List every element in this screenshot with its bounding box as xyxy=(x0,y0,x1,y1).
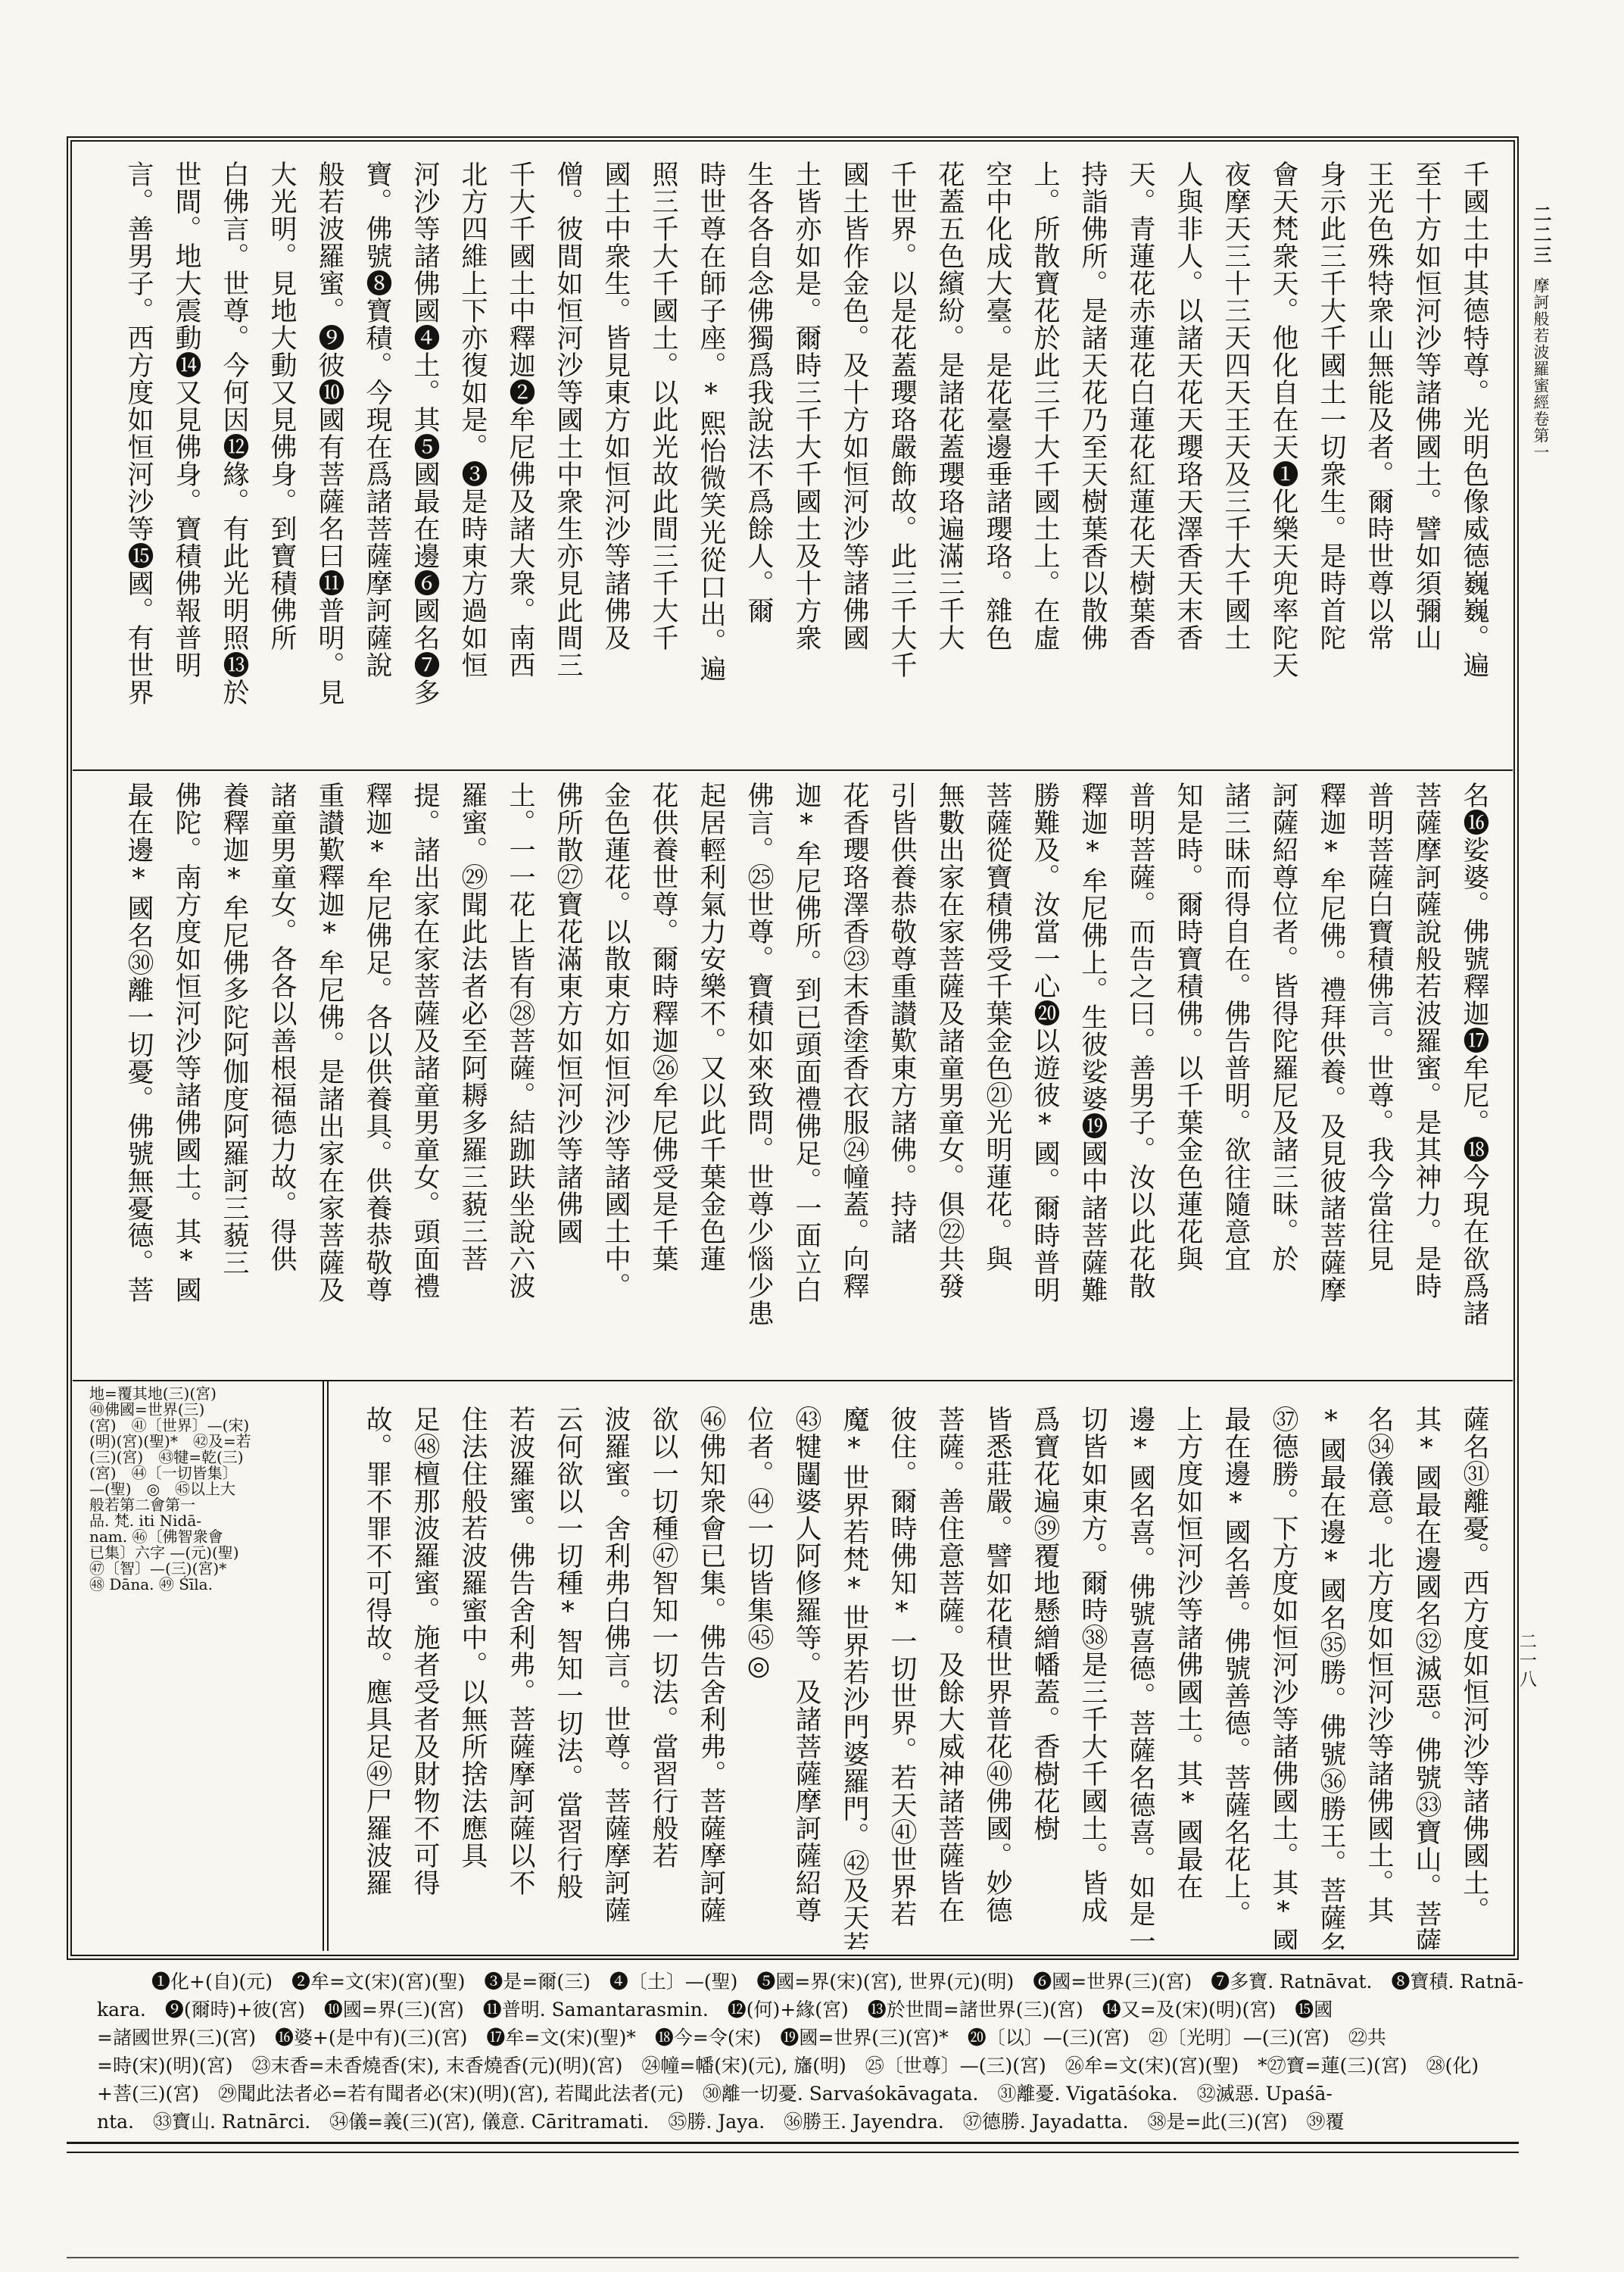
text-column: 波羅蜜。舍利弗白佛言。世尊。菩薩摩訶薩 xyxy=(591,1406,639,1949)
text-column: 菩薩。善住意菩薩。及餘大威神諸菩薩皆在 xyxy=(925,1406,973,1949)
text-column: 諸童男童女。各各以善根福德力故。得供 xyxy=(257,782,305,1374)
footnote-bottom-rule-2 xyxy=(67,2152,1519,2153)
text-column: 花香瓔珞澤香㉓末香塗香衣服㉔幢蓋。向釋 xyxy=(830,782,877,1374)
text-column: *國最在邊*國名㉟勝。佛號㊱勝王。菩薩名 xyxy=(1307,1406,1354,1949)
apparatus-note-line: ㊵佛國=世界(三) xyxy=(89,1402,318,1418)
apparatus-note-line: (明)(宮)(聖)* ㊷及=若 xyxy=(89,1434,318,1450)
text-column: 千世界。以是花蓋瓔珞嚴飾故。此三千大千 xyxy=(877,161,925,763)
text-column: 羅蜜。㉙聞此法者必至阿耨多羅三藐三菩 xyxy=(448,782,496,1374)
scanned-sutra-page: 千國土中其德特尊。光明色像威德巍巍。遍至十方如恒河沙等諸佛國土。譬如須彌山王光色… xyxy=(0,0,1624,2272)
text-column: 引皆供養恭敬尊重讃歎東方諸佛。持諸 xyxy=(877,782,925,1374)
text-column: 花蓋五色繽紛。是諸花蓋瓔珞遍滿三千大 xyxy=(925,161,973,763)
text-column: ㊻佛知衆會已集。佛告舍利弗。菩薩摩訶薩 xyxy=(687,1406,734,1949)
text-column: 勝難及。汝當一心⓴以遊彼*國。爾時普明 xyxy=(1021,782,1068,1374)
text-column: 皆悉莊嚴。譬如花積世界普花㊵佛國。妙德 xyxy=(973,1406,1021,1949)
footnote-line: ❶化+(自)(元) ❷牟=文(宋)(宮)(聖) ❸是=爾(三) ❹〔土〕—(聖)… xyxy=(97,1968,1523,1996)
text-column: 魔*世界若梵*世界若沙門婆羅門。㊷及天若 xyxy=(830,1406,877,1949)
text-column: 北方四維上下亦復如是。❸是時東方過如恒 xyxy=(448,161,496,763)
text-column: 若波羅蜜。佛告舍利弗。菩薩摩訶薩以不 xyxy=(496,1406,544,1949)
apparatus-note-line: ㊽ Dāna. ㊾ Śīla. xyxy=(89,1577,318,1593)
text-column: 千大千國土中釋迦❷牟尼佛及諸大衆。南西 xyxy=(496,161,544,763)
footnote-line: nta. ㉝寶山. Ratnārci. ㉞儀=義(三)(宮), 儀意. Cāri… xyxy=(97,2108,1523,2136)
text-column: 寶。佛號❽寶積。今現在爲諸菩薩摩訶薩說 xyxy=(353,161,401,763)
text-column: 身示此三千大千國土一切衆生。是時首陀 xyxy=(1307,161,1354,763)
apparatus-note-line: (三)(宮) ㊸犍=乾(三) xyxy=(89,1450,318,1465)
text-column: ㊸犍闥婆人阿修羅等。及諸菩薩摩訶薩紹尊 xyxy=(782,1406,830,1949)
text-column: 最在邊*國名善。佛號善德。菩薩名花上。 xyxy=(1211,1406,1259,1949)
text-column: 白佛言。世尊。今何因⓬緣。有此光明照⓭於 xyxy=(210,161,257,763)
register-separator-upper xyxy=(73,769,1513,771)
text-column: 般若波羅蜜。❾彼❿國有菩薩名曰⓫普明。見 xyxy=(305,161,353,763)
text-column: 知是時。爾時寶積佛。以千葉金色蓮花與 xyxy=(1164,782,1211,1374)
apparatus-note-line: (宮) ㊹〔一切皆集〕 xyxy=(89,1465,318,1481)
text-column: 上。所散寶花於此三千大千國土上。在虛 xyxy=(1021,161,1068,763)
apparatus-note-line: 品. 梵. iti Nidā- xyxy=(89,1513,318,1529)
text-column: 位者。㊹一切皆集㊺◎ xyxy=(734,1406,782,1949)
text-column: 其*國最在邊國名㉜滅惡。佛號㉝寶山。菩薩 xyxy=(1402,1406,1450,1949)
text-column: 王光色殊特衆山無能及者。爾時世尊以常 xyxy=(1354,161,1402,763)
apparatus-block-divider xyxy=(323,1381,329,1951)
text-column: 空中化成大臺。是花臺邊垂諸瓔珞。雜色 xyxy=(973,161,1021,763)
text-column: 起居輕利氣力安樂不。又以此千葉金色蓮 xyxy=(687,782,734,1374)
text-column: 夜摩天三十三天四天王天及三千大千國土 xyxy=(1211,161,1259,763)
footnote-line: =諸國世界(三)(宮) ⓰婆+(是中有)(三)(宮) ⓱牟=文(宋)(聖)* ⓲… xyxy=(97,2024,1523,2052)
apparatus-note-line: —(聖) ◎ ㊺以上大 xyxy=(89,1481,318,1497)
footnote-bottom-rule xyxy=(67,2142,1519,2144)
text-column: 會天梵衆天。他化自在天❶化樂天兜率陀天 xyxy=(1259,161,1307,763)
text-column: 佛言。㉕世尊。寶積如來致問。世尊少惱少患 xyxy=(734,782,782,1374)
text-column: 僧。彼間如恒河沙等國土中衆生亦見此間三 xyxy=(544,161,591,763)
text-column: 佛所散㉗寶花滿東方如恒河沙等諸佛國 xyxy=(544,782,591,1374)
text-column: 切皆如東方。爾時㊳是三千大千國土。皆成 xyxy=(1068,1406,1116,1949)
text-column: 花供養世尊。爾時釋迦㉖牟尼佛受是千葉 xyxy=(639,782,687,1374)
text-column: ㊲德勝。下方度如恒河沙等諸佛國土。其*國 xyxy=(1259,1406,1307,1949)
text-column: 至十方如恒河沙等諸佛國土。譬如須彌山 xyxy=(1402,161,1450,763)
apparatus-note-line: nam. ㊻〔佛智衆會 xyxy=(89,1529,318,1545)
text-column: 迦*牟尼佛所。到已頭面禮佛足。一面立白 xyxy=(782,782,830,1374)
register-separator-lower xyxy=(73,1380,1513,1381)
text-column: 爲寶花遍㊴覆地懸繒幡蓋。香樹花樹 xyxy=(1021,1406,1068,1949)
text-column: 釋迦*牟尼佛。禮拜供養。及見彼諸菩薩摩 xyxy=(1307,782,1354,1374)
text-column: 言。善男子。西方度如恒河沙等⓯國。有世界 xyxy=(114,161,162,763)
apparatus-note-line: ㊼〔智〕—(三)(宮)* xyxy=(89,1561,318,1577)
page-bottom-rule xyxy=(67,2257,1519,2258)
text-column: 土皆亦如是。爾時三千大千國土及十方衆 xyxy=(782,161,830,763)
text-column: 照三千大千國土。以此光故此間三千大千 xyxy=(639,161,687,763)
text-column: 最在邊*國名㉚離一切憂。佛號無憂德。菩 xyxy=(114,782,162,1374)
text-register-lower: 薩名㉛離憂。西方度如恒河沙等諸佛國土。其*國最在邊國名㉜滅惡。佛號㉝寶山。菩薩名… xyxy=(339,1406,1498,1949)
text-column: 名⓰娑婆。佛號釋迦⓱牟尼。⓲今現在欲爲諸 xyxy=(1450,782,1498,1374)
text-column: 世間。地大震動⓮又見佛身。寶積佛報普明 xyxy=(162,161,210,763)
page-edge-number: 二一八 xyxy=(1514,1632,1539,1689)
text-column: 菩薩摩訶薩說般若波羅蜜。是其神力。是時 xyxy=(1402,782,1450,1374)
text-column: 云何欲以一切種*智知一切法。當習行般 xyxy=(544,1406,591,1949)
text-column: 住法住般若波羅蜜中。以無所捨法應具 xyxy=(448,1406,496,1949)
apparatus-note-line: 般若第二會第一 xyxy=(89,1497,318,1513)
footnote-line: kara. ❾(爾時)+彼(宮) ❿國=界(三)(宮) ⓫普明. Samanta… xyxy=(97,1996,1523,2024)
text-column: 天。青蓮花赤蓮花白蓮花紅蓮花天樹葉香 xyxy=(1116,161,1164,763)
text-column: 千國土中其德特尊。光明色像威德巍巍。遍 xyxy=(1450,161,1498,763)
text-column: 釋迦*牟尼佛上。生彼娑婆⓳國中諸菩薩難 xyxy=(1068,782,1116,1374)
footnote-apparatus: ❶化+(自)(元) ❷牟=文(宋)(宮)(聖) ❸是=爾(三) ❹〔土〕—(聖)… xyxy=(97,1968,1523,2139)
text-column: 訶薩紹尊位者。皆得陀羅尼及諸三昧。於 xyxy=(1259,782,1307,1374)
text-column: 普明菩薩白寶積佛言。世尊。我今當往見 xyxy=(1354,782,1402,1374)
text-column: 釋迦*牟尼佛足。各以供養具。供養恭敬尊 xyxy=(353,782,401,1374)
text-column: 國土中衆生。皆見東方如恒河沙等諸佛及 xyxy=(591,161,639,763)
text-column: 佛陀。南方度如恒河沙等諸佛國土。其*國 xyxy=(162,782,210,1374)
apparatus-note-line: 地=覆其地(三)(宮) xyxy=(89,1386,318,1402)
text-column: 持詣佛所。是諸天花乃至天樹葉香以散佛 xyxy=(1068,161,1116,763)
text-column: 邊*國名喜。佛號喜德。菩薩名德喜。如是一 xyxy=(1116,1406,1164,1949)
text-column: 上方度如恒河沙等諸佛國土。其*國最在 xyxy=(1164,1406,1211,1949)
text-column: 提。諸出家在家菩薩及諸童男童女。頭面禮 xyxy=(401,782,448,1374)
text-register-middle: 名⓰娑婆。佛號釋迦⓱牟尼。⓲今現在欲爲諸菩薩摩訶薩說般若波羅蜜。是其神力。是時普… xyxy=(98,782,1498,1374)
text-column: 河沙等諸佛國❹土。其❺國最在邊❻國名❼多 xyxy=(401,161,448,763)
text-column: 養釋迦*牟尼佛多陀阿伽度阿羅訶三藐三 xyxy=(210,782,257,1374)
apparatus-overflow-block: 地=覆其地(三)(宮)㊵佛國=世界(三)(宮) ㊶〔世界〕—(宋)(明)(宮)(… xyxy=(89,1386,318,1952)
apparatus-note-line: (宮) ㊶〔世界〕—(宋) xyxy=(89,1418,318,1434)
text-column: 名㉞儀意。北方度如恒河沙等諸佛國土。其 xyxy=(1354,1406,1402,1949)
footnote-line: =時(宋)(明)(宮) ㉓末香=未香燒香(宋), 末香燒香(元)(明)(宮) ㉔… xyxy=(97,2052,1523,2080)
text-column: 諸三昧而得自在。佛告普明。欲往隨意宜 xyxy=(1211,782,1259,1374)
text-column: 人與非人。以諸天花天瓔珞天澤香天末香 xyxy=(1164,161,1211,763)
apparatus-note-line: 已集〕六字 —(元)(聖) xyxy=(89,1545,318,1561)
text-column: 菩薩從寶積佛受千葉金色㉑光明蓮花。與 xyxy=(973,782,1021,1374)
text-column: 薩名㉛離憂。西方度如恒河沙等諸佛國土。 xyxy=(1450,1406,1498,1949)
text-column: 足㊽檀那波羅蜜。施者受者及財物不可得 xyxy=(401,1406,448,1949)
text-column: 生各各自念佛獨爲我說法不爲餘人。爾 xyxy=(734,161,782,763)
text-column: 重讃歎釋迦*牟尼佛。是諸出家在家菩薩及 xyxy=(305,782,353,1374)
text-column: 國土皆作金色。及十方如恒河沙等諸佛國 xyxy=(830,161,877,763)
text-column: 欲以一切種㊼智知一切法。當習行般若 xyxy=(639,1406,687,1949)
text-column: 無數出家在家菩薩及諸童男童女。俱㉒共發 xyxy=(925,782,973,1374)
header-text-number: 二二三 xyxy=(1528,204,1554,266)
text-register-upper: 千國土中其德特尊。光明色像威德巍巍。遍至十方如恒河沙等諸佛國土。譬如須彌山王光色… xyxy=(98,161,1498,763)
text-column: 故。罪不罪不可得故。應具足㊾尸羅波羅 xyxy=(353,1406,401,1949)
text-column: 金色蓮花。以散東方如恒河沙等諸國土中。 xyxy=(591,782,639,1374)
text-column: 普明菩薩。而告之曰。善男子。汝以此花散 xyxy=(1116,782,1164,1374)
header-sutra-title: 摩訶般若波羅蜜經卷第一 xyxy=(1529,277,1552,460)
text-column: 土。一一花上皆有㉘菩薩。結跏趺坐說六波 xyxy=(496,782,544,1374)
text-column: 彼住。爾時佛知*一切世界。若天㊶世界若 xyxy=(877,1406,925,1949)
footnote-line: +菩(三)(宮) ㉙聞此法者必=若有聞者必(宋)(明)(宮), 若聞此法者(元)… xyxy=(97,2080,1523,2108)
text-column: 時世尊在師子座。*熙怡微笑光從口出。遍 xyxy=(687,161,734,763)
text-column: 大光明。見地大動又見佛身。到寶積佛所 xyxy=(257,161,305,763)
